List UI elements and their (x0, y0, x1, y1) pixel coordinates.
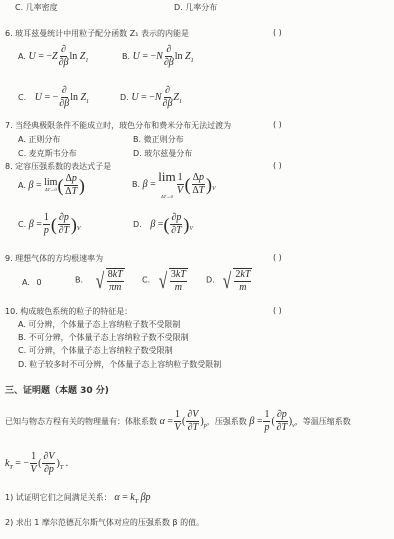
q8-stem: 8. 定容压强系数的表达式子是 (5, 161, 111, 172)
q7-option-b: B. 微正则分布 (133, 134, 184, 145)
q8-option-a-label: A. (18, 181, 26, 190)
intro-text-2: ，压强系数 (207, 417, 247, 426)
intro-text-3: ，等温压缩系数 (295, 417, 351, 426)
q9-option-a: A. 0 (22, 277, 42, 287)
alpha-formula: α =1V(∂V∂T)p (160, 416, 207, 427)
q9-option-c: C. √3kTm (142, 268, 188, 293)
q8-option-c-formula: β =1p(∂p∂T)V (29, 219, 81, 230)
task-1-formula: α = kT βp (114, 492, 150, 503)
q8-answer-bracket: ( ) (273, 161, 282, 170)
q6-option-c: C. U = −∂∂βln Z1 (18, 86, 89, 109)
q9-option-d-label: D. (206, 276, 215, 285)
beta-formula: β =1p(∂p∂T)v (249, 416, 294, 427)
q6-option-a: A. U = −Z∂∂βln Z1 (18, 45, 88, 68)
q10-option-c: C. 可分辨，个体量子态上容纳粒子数受限制 (18, 345, 173, 356)
q6-option-a-label: A. (18, 52, 26, 61)
q9-option-b-label: B. (75, 276, 83, 285)
q8-option-a-formula: β = limΔT→0(ΔpΔT) (28, 180, 84, 191)
q10-option-b: B. 不可分辨，个体量子态上容纳粒子数不受限制 (18, 332, 189, 343)
q9-option-d-formula: √2kTm (221, 268, 252, 293)
q9-option-a-value: 0 (36, 278, 41, 287)
q10-answer-bracket: ( ) (273, 306, 282, 315)
q8-option-d: D. β =(∂p∂T)V (133, 213, 193, 236)
q8-option-b-formula: β = limΔT→01V(ΔpΔT)V (143, 179, 216, 190)
q9-option-d: D. √2kTm (206, 268, 252, 293)
q7-option-c: C. 麦克斯韦分布 (18, 148, 77, 159)
kt-formula: kT = −1V(∂V∂p)T . (5, 458, 68, 469)
q6-option-b: B. U = −N∂∂βln Z1 (122, 45, 194, 68)
q9-option-c-label: C. (142, 276, 150, 285)
q6-option-a-formula: U = −Z∂∂βln Z1 (28, 51, 88, 62)
q7-stem: 7. 当经典极限条件不能成立时，玻色分布和费米分布无法过渡为 (5, 120, 231, 131)
q6-option-b-formula: U = −N∂∂βln Z1 (133, 51, 194, 62)
q6-stem: 6. 玻耳兹曼统计中用粒子配分函数 Z₁ 表示的内能是 (5, 28, 189, 39)
q8-option-c: C. β =1p(∂p∂T)V (18, 213, 81, 236)
kt-definition: kT = −1V(∂V∂p)T . (5, 452, 68, 475)
q8-option-a: A. β = limΔT→0(ΔpΔT) (18, 174, 85, 197)
q7-option-d: D. 玻尔兹曼分布 (133, 148, 192, 159)
q6-option-b-label: B. (122, 52, 130, 61)
task-1-text: 1) 试证明它们之间满足关系： (5, 493, 112, 502)
q10-option-a: A. 可分辨，个体量子态上容纳粒子数不受限制 (18, 319, 180, 330)
q7-option-a: A. 正则分布 (18, 134, 60, 145)
q9-option-b: B. √8kTπm (75, 268, 125, 293)
q5-option-d: D. 几率分布 (174, 2, 217, 13)
q6-answer-bracket: ( ) (273, 28, 282, 37)
q6-option-c-formula: U = −∂∂βln Z1 (35, 92, 89, 103)
intro-text-1: 已知与物态方程有关的物理量有：体胀系数 (5, 417, 157, 426)
q6-option-d: D. U = −N∂∂βZ1 (120, 86, 182, 109)
q6-option-c-label: C. (18, 93, 26, 102)
section-title: 三、证明题（本题 30 分) (5, 383, 109, 396)
q8-option-b: B. β = limΔT→01V(ΔpΔT)V (132, 170, 216, 200)
q9-answer-bracket: ( ) (273, 253, 282, 262)
q9-stem: 9. 理想气体的方均根速率为 (5, 253, 103, 264)
q10-stem: 10. 构成玻色系统的粒子的特征是： (5, 306, 132, 317)
q10-option-d: D. 粒子较多时不可分辨，个体量子态上容纳粒子数受限制 (18, 359, 221, 370)
q8-option-b-label: B. (132, 180, 140, 189)
task-1: 1) 试证明它们之间满足关系： α = kT βp (5, 492, 151, 505)
q8-option-d-label: D. (133, 220, 142, 229)
q6-option-d-formula: U = −N∂∂βZ1 (131, 92, 182, 103)
q9-option-a-label: A. (22, 278, 30, 287)
q8-option-d-formula: β =(∂p∂T)V (150, 219, 193, 230)
q8-option-c-label: C. (18, 220, 26, 229)
task-2: 2) 求出 1 摩尔范德瓦尔斯气体对应的压强系数 β 的值。 (5, 517, 204, 528)
q6-option-d-label: D. (120, 93, 129, 102)
q7-answer-bracket: ( ) (273, 120, 282, 129)
q9-option-b-formula: √8kTπm (94, 268, 125, 293)
q5-option-c: C. 几率密度 (15, 2, 58, 13)
q9-option-c-formula: √3kTm (157, 268, 188, 293)
section-intro: 已知与物态方程有关的物理量有：体胀系数 α =1V(∂V∂T)p，压强系数 β … (5, 410, 351, 433)
